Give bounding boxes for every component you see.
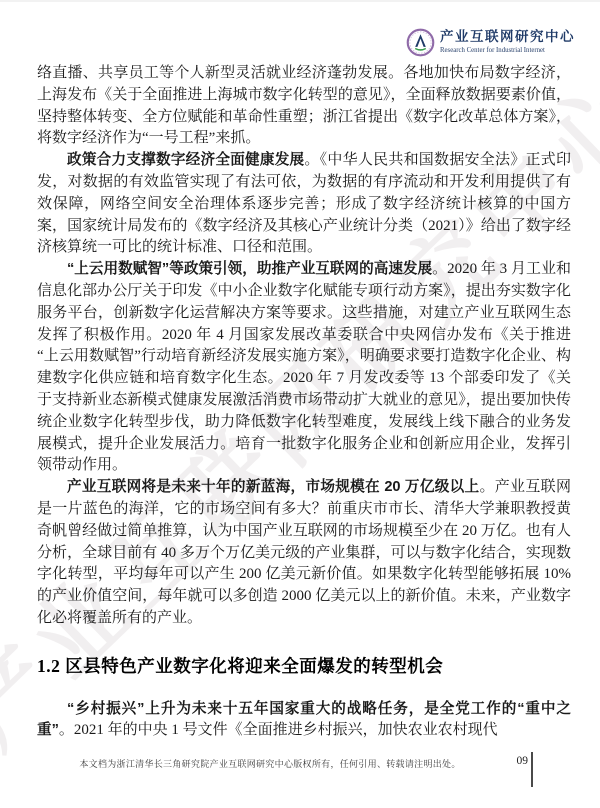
paragraph-lead-bold: 产业互联网将是未来十年的新蓝海，市场规模在 20 万亿级以上 (67, 479, 479, 495)
page-header: 产业互联网研究中心 Research Center for Industrial… (0, 24, 575, 60)
paragraph-rural-revitalization: “乡村振兴”上升为未来十五年国家重大的战略任务，是全党工作的“重中之重”。202… (37, 699, 571, 743)
org-logo: 产业互联网研究中心 Research Center for Industrial… (406, 28, 575, 57)
paragraph-text: 。产业互联网是一片蓝色的海洋，它的市场空间有多大？前重庆市市长、清华大学兼职教授… (37, 479, 571, 626)
org-name-cn: 产业互联网研究中心 (440, 30, 575, 44)
paragraph-lead-bold: 政策合力支撑数字经济全面健康发展 (67, 152, 304, 168)
page-footer: 本文档为浙江清华长三角研究院产业互联网研究中心版权所有，任何引用、转载请注明出处… (0, 752, 600, 808)
paragraph-continued: 络直播、共享员工等个人新型灵活就业经济蓬勃发展。各地加快布局数字经济，上海发布《… (37, 63, 571, 150)
page-number: 09 (517, 755, 529, 767)
org-badge-icon (406, 28, 435, 57)
document-page: 产业互联网研究中心 产业互联网研究中心 Research Center for … (0, 0, 600, 808)
org-name-en: Research Center for Industrial Internet (440, 47, 575, 54)
page-number-divider (531, 752, 533, 787)
paragraph-text: 络直播、共享员工等个人新型灵活就业经济蓬勃发展。各地加快布局数字经济，上海发布《… (37, 65, 571, 146)
section-heading-1-2: 1.2 区县特色产业数字化将迎来全面爆发的转型机会 (37, 656, 571, 678)
paragraph-lead-bold: “上云用数赋智”等政策引领，助推产业互联网的高速发展 (67, 261, 432, 277)
page-body: 络直播、共享员工等个人新型灵活就业经济蓬勃发展。各地加快布局数字经济，上海发布《… (37, 63, 571, 742)
paragraph-cloud-policy: “上云用数赋智”等政策引领，助推产业互联网的高速发展。2020 年 3 月工业和… (37, 259, 571, 477)
paragraph-blue-ocean: 产业互联网将是未来十年的新蓝海，市场规模在 20 万亿级以上。产业互联网是一片蓝… (37, 477, 571, 630)
paragraph-policy-support: 政策合力支撑数字经济全面健康发展。《中华人民共和国数据安全法》正式印发，对数据的… (37, 150, 571, 259)
org-logo-text: 产业互联网研究中心 Research Center for Industrial… (440, 30, 575, 53)
paragraph-text: 。2020 年 3 月工业和信息化部办公厅关于印发《中小企业数字化赋能专项行动方… (37, 261, 571, 473)
copyright-notice: 本文档为浙江清华长三角研究院产业互联网研究中心版权所有，任何引用、转载请注明出处… (0, 757, 540, 770)
paragraph-text: 。2021 年的中央 1 号文件《全面推进乡村振兴，加快农业农村现代 (59, 722, 498, 738)
